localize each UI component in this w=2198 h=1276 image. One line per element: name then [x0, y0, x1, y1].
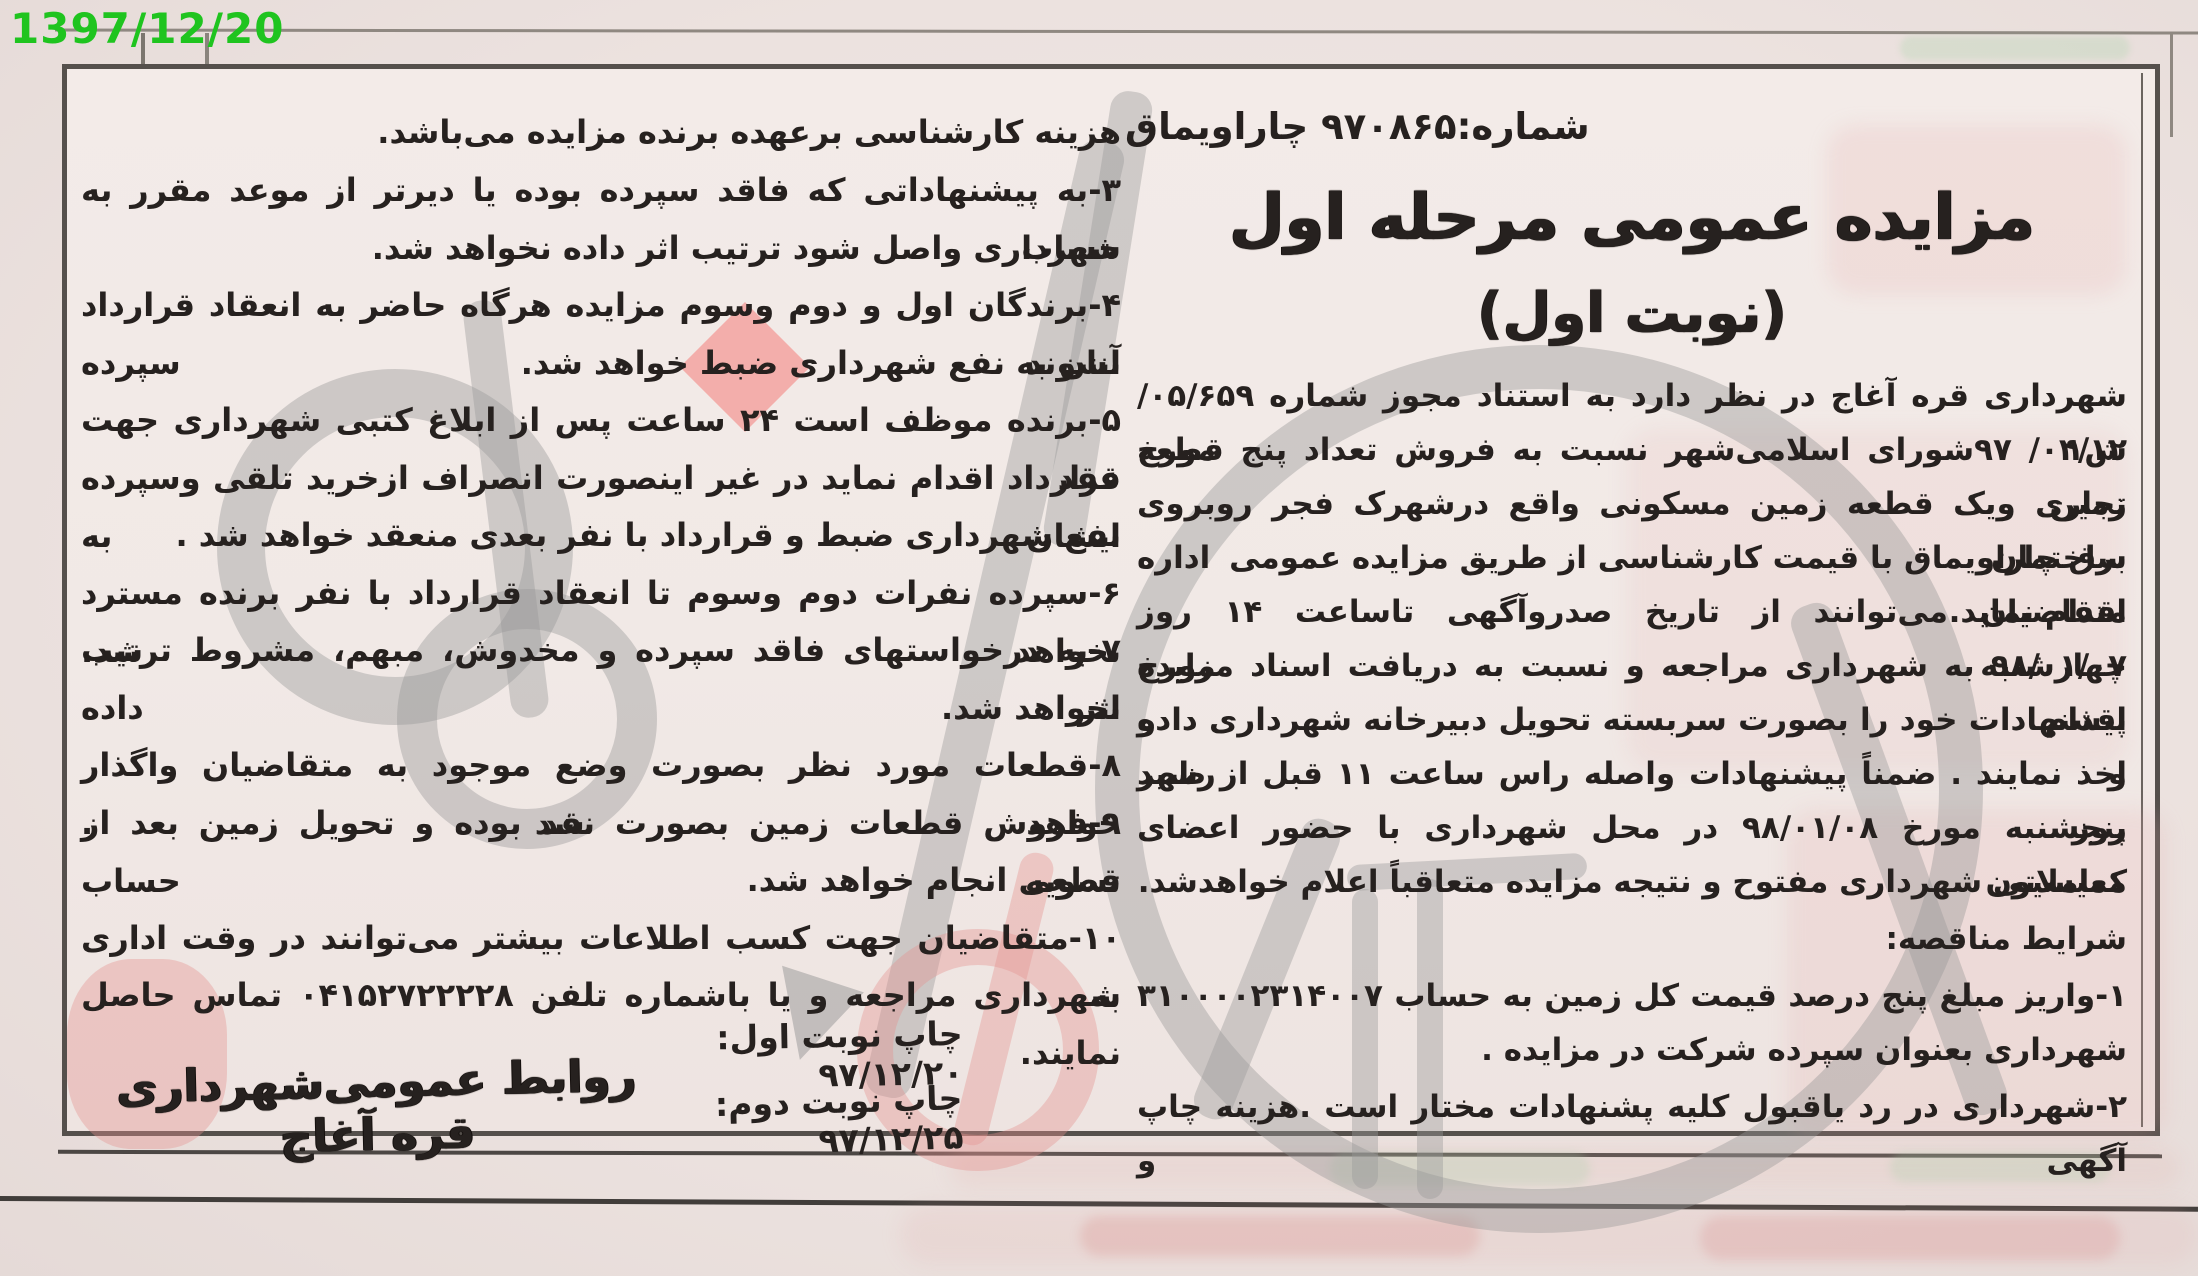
condition-line: ۱-واریز مبلغ پنج درصد قیمت کل زمین به حس… — [1137, 969, 2127, 1023]
condition-line: نخواهد شد. — [81, 679, 1121, 737]
condition-line: ۸-قطعات مورد نظر بصورت وضع موجود به متقا… — [81, 736, 1121, 794]
ad-subtitle: (نوبت اول) — [1137, 281, 2127, 346]
body-line: ۰۴/۱۲/ ۹۷شورای اسلامی‌شهر نسبت به فروش ت… — [1137, 423, 2127, 477]
condition-line: ۵-برنده موظف است ۲۴ ساعت پس از ابلاغ کتب… — [81, 391, 1121, 449]
condition-line: ۲-شهرداری در رد یاقبول کلیه پشنهادات مخت… — [1137, 1080, 2127, 1134]
adjacent-frame-remnant — [2170, 33, 2173, 137]
condition-line: قطعی انجام خواهد شد. — [81, 851, 1121, 909]
body-line: شهرداری قره آغاج در نظر دارد به استناد م… — [1137, 369, 2127, 423]
body-line: متقاضیان می‌توانند از تاریخ صدروآگهی تاس… — [1137, 585, 2127, 639]
body-line: معاملاتی شهرداری مفتوح و نتیجه مزایده مت… — [1137, 855, 2127, 909]
body-line: تجاری ویک قطعه زمین مسکونی واقع درشهرک ف… — [1137, 477, 2127, 531]
condition-line: هزینه کارشناسی برعهده برنده مزایده می‌با… — [81, 103, 1121, 161]
body-line: پنجشنبه مورخ ۹۸/۰۱/۰۸ در محل شهرداری با … — [1137, 801, 2127, 855]
top-rule — [55, 29, 2198, 35]
condition-line: شهرداری بعنوان سپرده شرکت در مزایده . — [1137, 1023, 2127, 1077]
body-line: پیشنهادات خود را بصورت سربسته تحویل دبیر… — [1137, 693, 2127, 747]
condition-line: ۳-به پیشنهاداتی که فاقد سپرده بوده یا دی… — [81, 161, 1121, 219]
condition-line: شهرداری واصل شود ترتیب اثر داده نخواهد ش… — [81, 219, 1121, 277]
condition-line: ۷-به درخواستهای فاقد سپرده و مخدوش، مبهم… — [81, 621, 1121, 679]
condition-line: ۶-سپرده نفرات دوم وسوم تا انعقاد قرارداد… — [81, 564, 1121, 622]
condition-line: ۹-فروش قطعات زمین بصورت نقد بوده و تحویل… — [81, 794, 1121, 852]
condition-line: نفع شهرداری ضبط و قرارداد با نفر بعدی من… — [81, 506, 1121, 564]
ref-number-line: شماره:۹۷۰۸۶۵ چاراویماق — [1125, 105, 2125, 148]
bleed-tint — [1080, 1216, 1480, 1256]
conditions-heading: شرایط مناقصه: — [1137, 912, 2127, 966]
condition-line: شهرداری مراجعه و یا باشماره تلفن ۰۴۱۵۲۷۲… — [81, 966, 1121, 1024]
condition-line: ۴-برندگان اول و دوم وسوم مزایده هرگاه حا… — [81, 276, 1121, 334]
signature-public-relations: روابط عمومی‌شهرداری قره آغاج — [76, 1048, 678, 1168]
condition-line: آنان به نفع شهرداری ضبط خواهد شد. — [81, 334, 1121, 392]
condition-line: ۱۰-متقاضیان جهت کسب اطلاعات بیشتر می‌توا… — [81, 909, 1121, 967]
ad-frame: شماره:۹۷۰۸۶۵ چاراویماق مزایده عمومی مرحل… — [62, 64, 2160, 1136]
body-line: برق چاراویماق با قیمت کارشناسی از طریق م… — [1137, 531, 2127, 585]
bleed-tint — [1700, 1216, 2120, 1260]
newspaper-scan: شماره:۹۷۰۸۶۵ چاراویماق مزایده عمومی مرحل… — [0, 0, 2198, 1276]
ad-title: مزایده عمومی مرحله اول — [1137, 181, 2127, 255]
body-line: اخذ نمایند . ضمناً پیشنهادات واصله راس س… — [1137, 747, 2127, 801]
body-line: ۹۸/۰۱/۰۷ به شهرداری مراجعه و نسبت به دری… — [1137, 639, 2127, 693]
scan-date-stamp: 1397/12/20 — [10, 4, 284, 53]
bleed-tint — [1900, 36, 2130, 60]
condition-line: قرارداد اقدام نماید در غیر اینصورت انصرا… — [81, 449, 1121, 507]
